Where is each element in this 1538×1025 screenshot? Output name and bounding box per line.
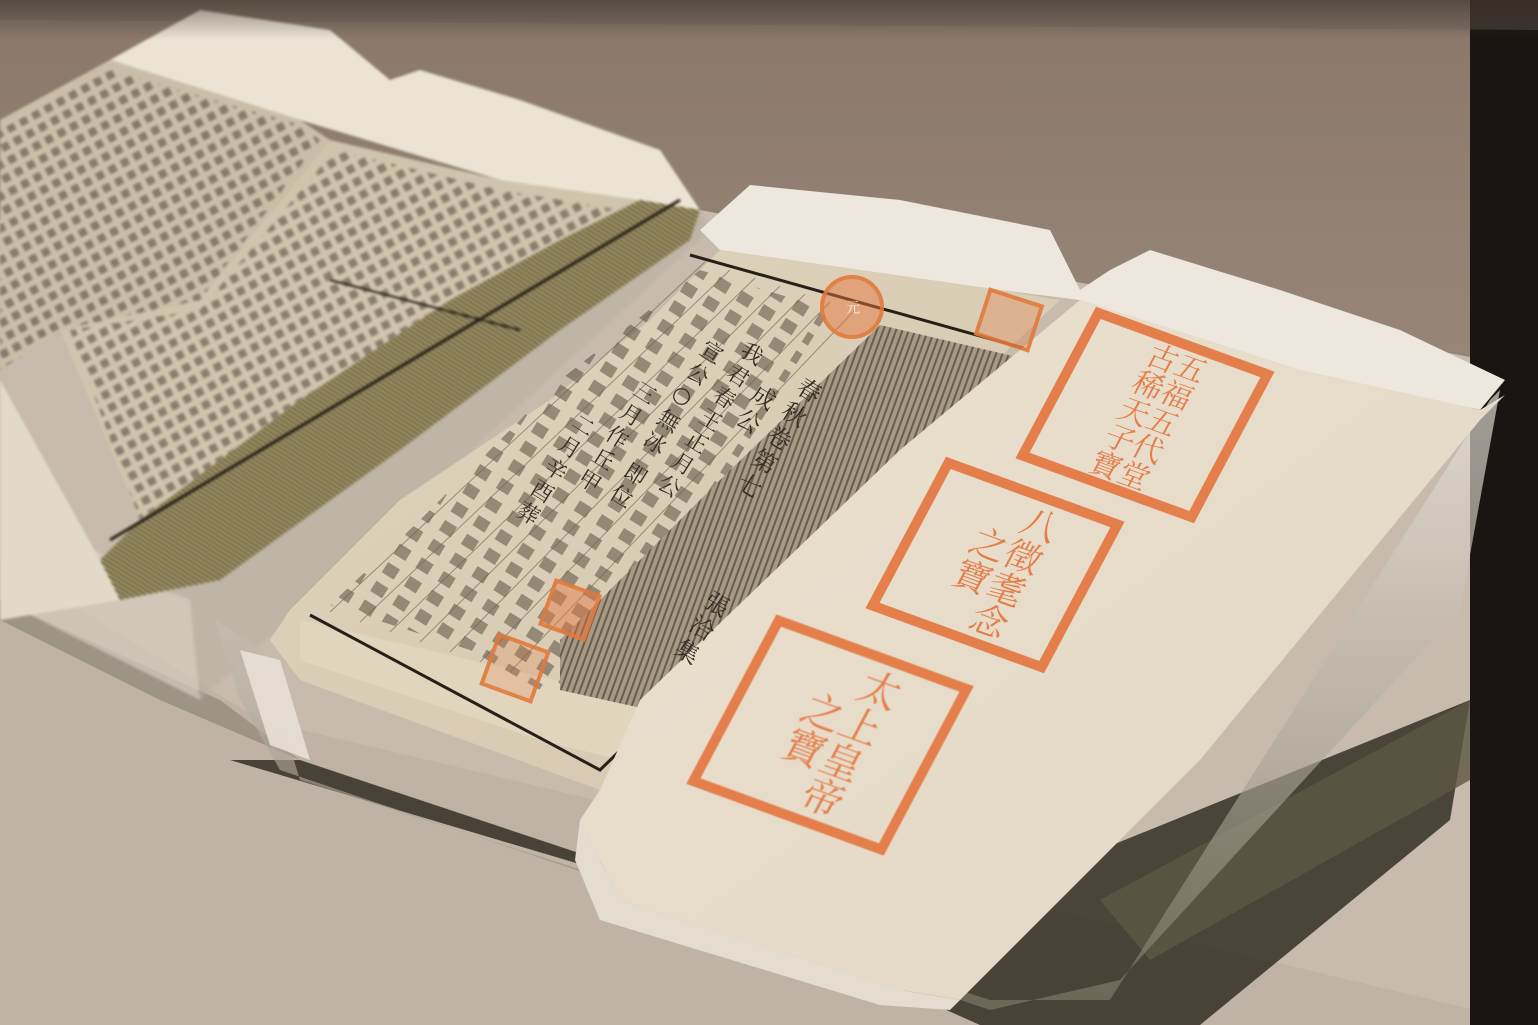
- small-seal-text: 元: [842, 300, 862, 314]
- main-book: [0, 0, 1538, 1025]
- seal-bottom-text: 太上皇帝之寶: [752, 646, 908, 825]
- seal-top-text: 五福五代堂古稀天子寶: [1081, 338, 1208, 492]
- small-seal-round: 元: [820, 275, 884, 339]
- museum-display-scene: 春秋卷第七 成公 我君春王正月公 宣公○無冰 即位 三月作丘甲 二月辛酉葬 張洽…: [0, 0, 1538, 1025]
- seal-middle-text: 八徵耄念之寶: [926, 486, 1065, 644]
- top-shadow: [0, 0, 1538, 40]
